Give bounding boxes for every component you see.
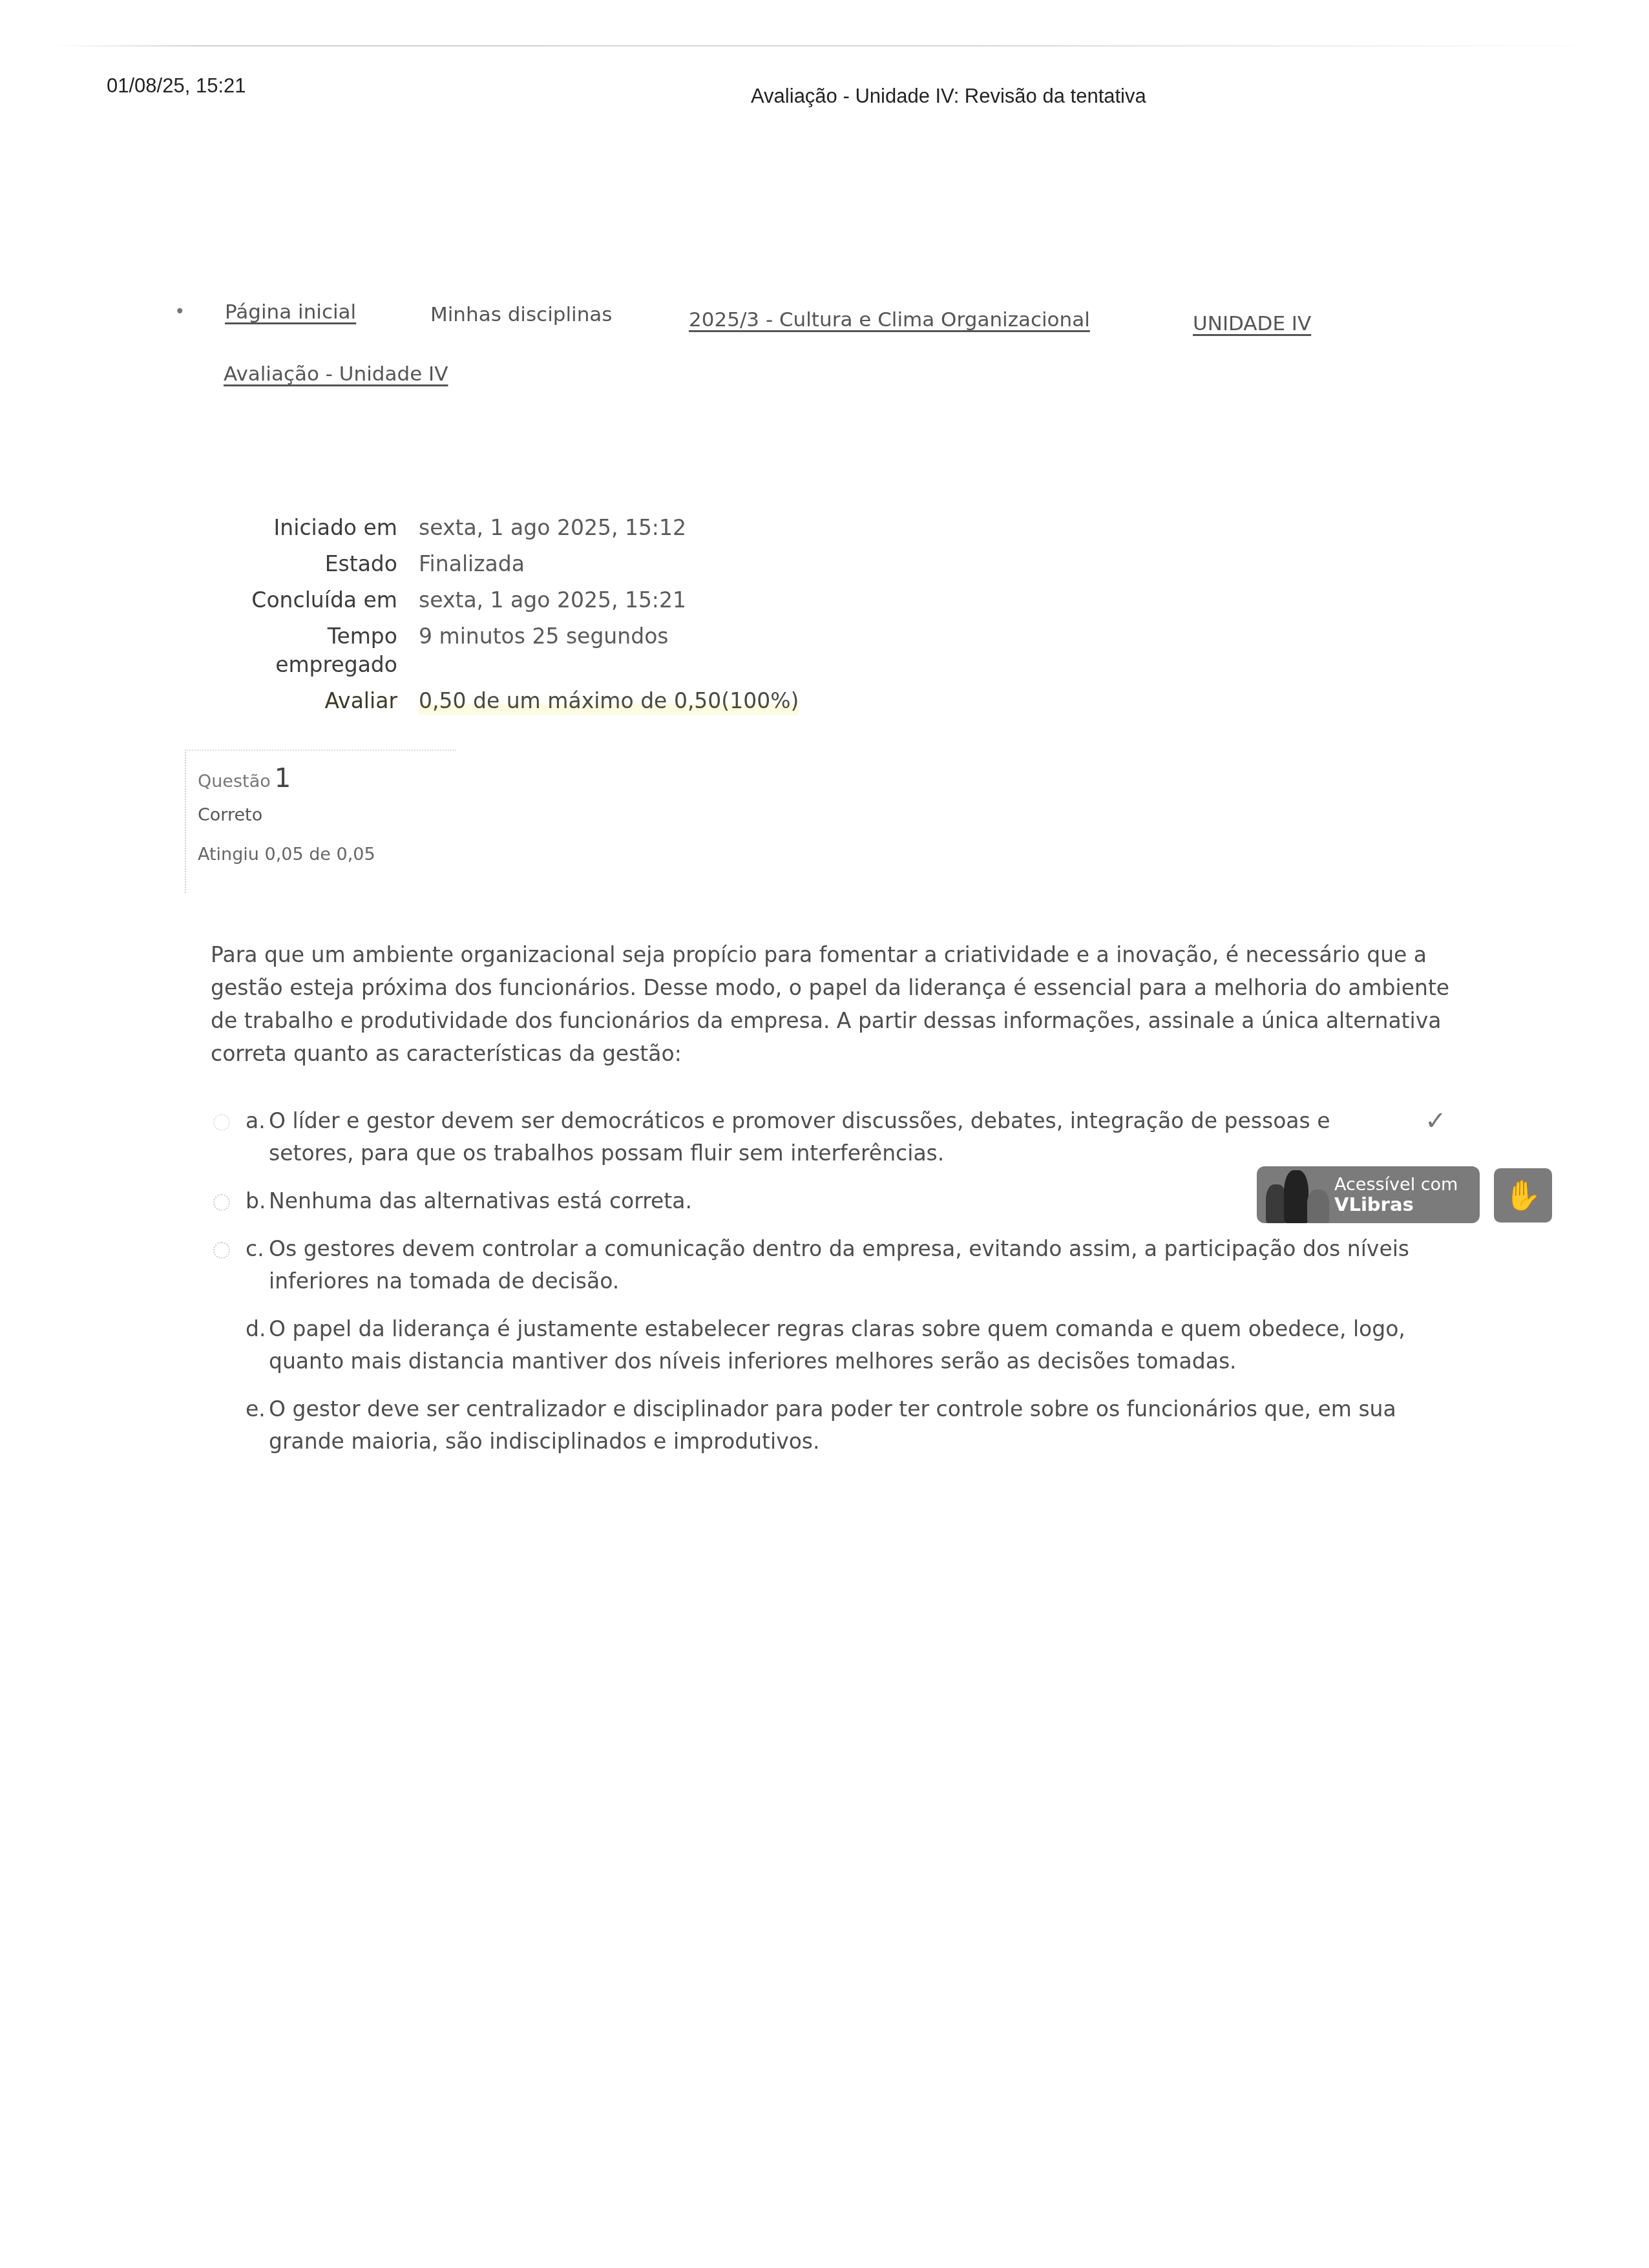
question-grade: Atingiu 0,05 de 0,05 xyxy=(198,845,456,865)
radio-c[interactable] xyxy=(213,1242,230,1259)
breadcrumb-bullet: • xyxy=(174,300,185,322)
breadcrumb-quiz[interactable]: Avaliação - Unidade IV xyxy=(224,362,448,386)
print-page-title: Avaliação - Unidade IV: Revisão da tenta… xyxy=(751,85,1146,108)
print-datetime: 01/08/25, 15:21 xyxy=(107,74,246,98)
summary-row-state: Estado Finalizada xyxy=(213,550,799,578)
answer-option-d[interactable]: d. O papel da liderança é justamente est… xyxy=(213,1313,1441,1378)
attempt-summary: Iniciado em sexta, 1 ago 2025, 15:12 Est… xyxy=(213,514,799,723)
question-text: Para que um ambiente organizacional seja… xyxy=(211,938,1477,1070)
vlibras-banner-button[interactable]: Acessível com VLibras xyxy=(1257,1166,1480,1223)
breadcrumb-course[interactable]: 2025/3 - Cultura e Clima Organizacional xyxy=(689,308,1090,331)
summary-row-completed: Concluída em sexta, 1 ago 2025, 15:21 xyxy=(213,586,799,614)
answer-option-c[interactable]: c. Os gestores devem controlar a comunic… xyxy=(213,1233,1441,1297)
breadcrumb-home[interactable]: Página inicial xyxy=(225,300,356,324)
answer-options: a. O líder e gestor devem ser democrátic… xyxy=(213,1105,1441,1473)
vlibras-avatars-icon xyxy=(1257,1166,1334,1223)
radio-d[interactable] xyxy=(213,1322,230,1339)
hand-sign-icon[interactable]: ✋ xyxy=(1494,1168,1552,1223)
breadcrumb-unit[interactable]: UNIDADE IV xyxy=(1193,312,1311,335)
radio-b[interactable] xyxy=(213,1194,230,1211)
check-icon: ✓ xyxy=(1425,1105,1447,1137)
radio-a[interactable] xyxy=(213,1114,230,1131)
breadcrumb-my-courses: Minhas disciplinas xyxy=(430,303,612,326)
question-state: Correto xyxy=(198,805,456,825)
answer-option-a[interactable]: a. O líder e gestor devem ser democrátic… xyxy=(213,1105,1441,1170)
summary-row-grade: Avaliar 0,50 de um máximo de 0,50(100%) xyxy=(213,687,799,715)
print-header: 01/08/25, 15:21 Avaliação - Unidade IV: … xyxy=(0,74,1649,113)
answer-option-e[interactable]: e. O gestor deve ser centralizador e dis… xyxy=(213,1393,1441,1458)
scan-artifact-line xyxy=(52,45,1610,47)
radio-e[interactable] xyxy=(213,1402,230,1419)
summary-row-time-taken: Tempo empregado 9 minutos 25 segundos xyxy=(213,622,799,679)
summary-row-started: Iniciado em sexta, 1 ago 2025, 15:12 xyxy=(213,514,799,542)
question-number: Questão1 xyxy=(198,764,456,793)
vlibras-label: Acessível com VLibras xyxy=(1334,1175,1458,1214)
question-info-box: Questão1 Correto Atingiu 0,05 de 0,05 xyxy=(185,750,456,893)
